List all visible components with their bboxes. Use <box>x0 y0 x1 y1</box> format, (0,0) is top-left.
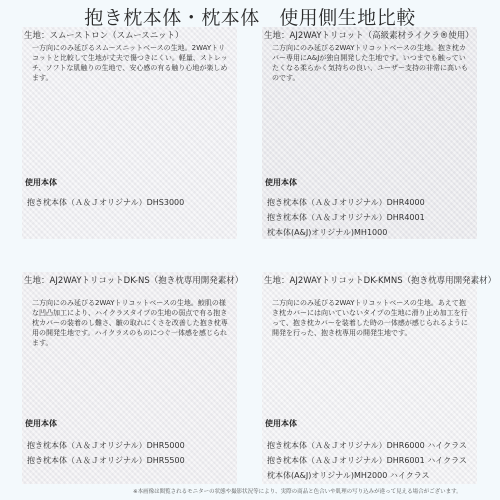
used-body-label: 使用本体 <box>25 177 57 188</box>
disclaimer-footnote: ※本画像は閲覧されるモニターの状態や撮影状況等により、実際の商品と色合いや肌理の… <box>133 487 462 495</box>
model-item: 抱き枕本体（Ａ＆Ｊオリジナル）DHS3000 <box>27 195 184 210</box>
fabric-name: 生地：AJ2WAYトリコットDK-KMNS（抱き枕専用開発素材） <box>264 274 496 286</box>
fabric-name: 生地：AJ2WAYトリコット（高級素材ライクラ®使用） <box>264 29 474 41</box>
fabric-panel-dk-kmns: 生地：AJ2WAYトリコットDK-KMNS（抱き枕専用開発素材） 二方向にのみ延… <box>262 272 477 484</box>
fabric-description: 一方向にのみ延びるスムースニットベースの生地。2WAYトリコットと比較して生地が… <box>32 43 232 83</box>
used-body-label: 使用本体 <box>265 418 297 429</box>
fabric-name: 生地：AJ2WAYトリコットDK-NS（抱き枕専用開発素材） <box>24 274 243 286</box>
model-list: 抱き枕本体（Ａ＆Ｊオリジナル）DHR5000 抱き枕本体（Ａ＆Ｊオリジナル）DH… <box>27 438 185 468</box>
fabric-panel-aj2way: 生地：AJ2WAYトリコット（高級素材ライクラ®使用） 二方向にのみ延びる2WA… <box>262 27 477 239</box>
fabric-panel-smoothtron: 生地：スムーストロン（スムースニット） 一方向にのみ延びるスムースニットベースの… <box>22 27 237 239</box>
fabric-description: 二方向にのみ延びる2WAYトリコットベースの生地。あえて抱き枕カバーには向いてい… <box>272 298 472 338</box>
model-item: 抱き枕本体（Ａ＆Ｊオリジナル）DHR4000 <box>267 195 425 210</box>
model-list: 抱き枕本体（Ａ＆Ｊオリジナル）DHS3000 <box>27 195 184 210</box>
fabric-description: 二方向にのみ延びる2WAYトリコットベースの生地。鮫肌の様な凹凸加工により、ハイ… <box>32 298 232 348</box>
fabric-panel-dk-ns: 生地：AJ2WAYトリコットDK-NS（抱き枕専用開発素材） 二方向にのみ延びる… <box>22 272 237 484</box>
used-body-label: 使用本体 <box>25 418 57 429</box>
page-title: 抱き枕本体・枕本体 使用側生地比較 <box>0 3 500 30</box>
model-list: 抱き枕本体（Ａ＆Ｊオリジナル）DHR6000 ハイクラス 抱き枕本体（Ａ＆Ｊオリ… <box>267 438 467 483</box>
model-item: 抱き枕本体（Ａ＆Ｊオリジナル）DHR5500 <box>27 453 185 468</box>
model-item: 枕本体(A&J)オリジナル)MH2000 ハイクラス <box>267 468 467 483</box>
model-item: 抱き枕本体（Ａ＆Ｊオリジナル）DHR6001 ハイクラス <box>267 453 467 468</box>
model-item: 抱き枕本体（Ａ＆Ｊオリジナル）DHR6000 ハイクラス <box>267 438 467 453</box>
model-list: 抱き枕本体（Ａ＆Ｊオリジナル）DHR4000 抱き枕本体（Ａ＆Ｊオリジナル）DH… <box>267 195 425 240</box>
model-item: 抱き枕本体（Ａ＆Ｊオリジナル）DHR5000 <box>27 438 185 453</box>
model-item: 枕本体(A&J)オリジナル)MH1000 <box>267 225 425 240</box>
model-item: 抱き枕本体（Ａ＆Ｊオリジナル）DHR4001 <box>267 210 425 225</box>
fabric-description: 二方向にのみ延びる2WAYトリコットベースの生地。抱き枕カバー専用にA&Jが独自… <box>272 43 472 83</box>
fabric-name: 生地：スムーストロン（スムースニット） <box>24 29 183 41</box>
used-body-label: 使用本体 <box>265 177 297 188</box>
